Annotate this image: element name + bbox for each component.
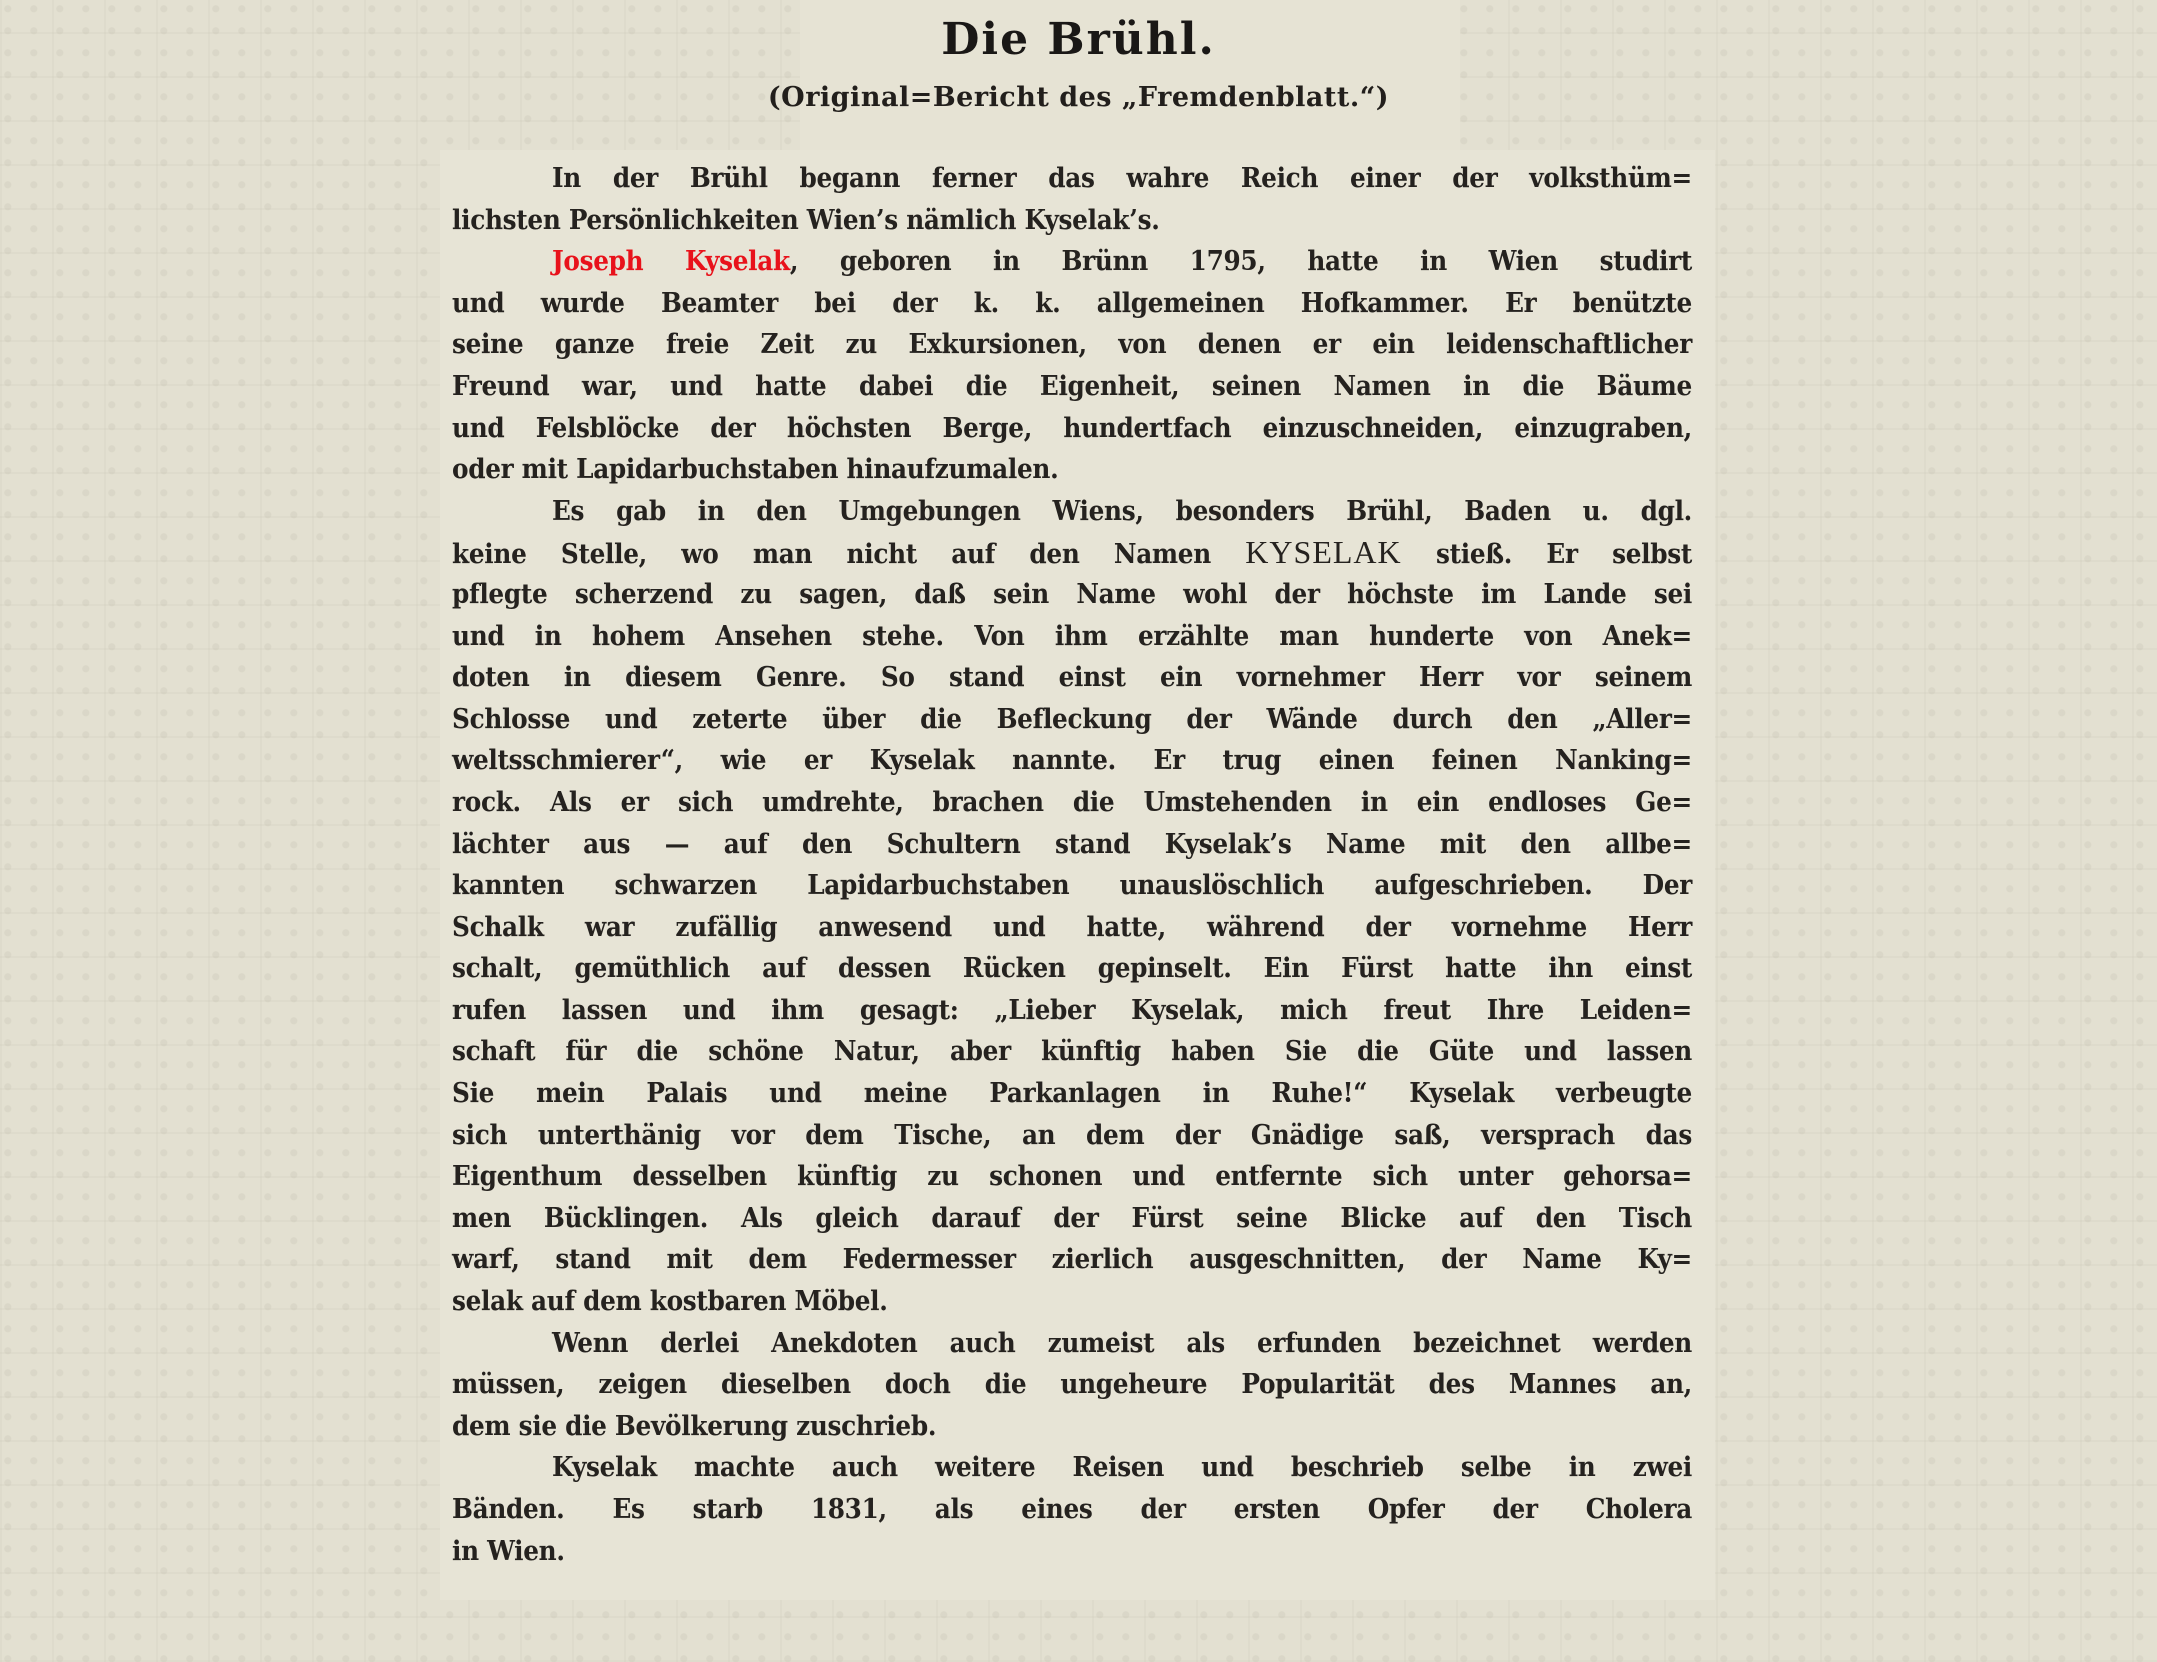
article-subtitle: (Original=Bericht des „Fremdenblatt.“) [0,82,2157,113]
text-line: in Wien. [452,1531,1692,1573]
text-line: seine ganze freie Zeit zu Exkursionen, v… [452,324,1692,366]
article-title: Die Brühl. [0,14,2157,65]
text-line: keine Stelle, wo man nicht auf den Namen… [452,532,1692,574]
text-line: Es gab in den Umgebungen Wiens, besonder… [452,491,1692,533]
text-line: Joseph Kyselak, geboren in Brünn 1795, h… [452,241,1692,283]
text-line: men Bücklingen. Als gleich darauf der Fü… [452,1198,1692,1240]
text-line: Wenn derlei Anekdoten auch zumeist als e… [452,1323,1692,1365]
article-body: In der Brühl begann ferner das wahre Rei… [452,158,1692,1572]
text-line: schaft für die schöne Natur, aber künfti… [452,1031,1692,1073]
text-fragment: , geboren in Brünn 1795, hatte in Wien s… [790,245,1692,277]
text-line: Freund war, und hatte dabei die Eigenhei… [452,366,1692,408]
text-line: selak auf dem kostbaren Möbel. [452,1281,1692,1323]
text-line: müssen, zeigen dieselben doch die ungehe… [452,1364,1692,1406]
text-line: doten in diesem Genre. So stand einst ei… [452,657,1692,699]
text-line: lächter aus — auf den Schultern stand Ky… [452,824,1692,866]
text-line: Schlosse und zeterte über die Befleckung… [452,699,1692,741]
text-line: Eigenthum desselben künftig zu schonen u… [452,1156,1692,1198]
text-line: Sie mein Palais und meine Parkanlagen in… [452,1073,1692,1115]
text-line: warf, stand mit dem Federmesser zierlich… [452,1239,1692,1281]
text-line: und wurde Beamter bei der k. k. allgemei… [452,283,1692,325]
text-line: Bänden. Es starb 1831, als eines der ers… [452,1489,1692,1531]
text-line: In der Brühl begann ferner das wahre Rei… [452,158,1692,200]
text-line: rock. Als er sich umdrehte, brachen die … [452,782,1692,824]
text-line: oder mit Lapidarbuchstaben hinaufzumalen… [452,449,1692,491]
text-line: und in hohem Ansehen stehe. Von ihm erzä… [452,616,1692,658]
text-line: lichsten Persönlichkeiten Wien’s nämlich… [452,200,1692,242]
highlighted-name: Joseph Kyselak [552,245,790,277]
text-line: dem sie die Bevölkerung zuschrieb. [452,1406,1692,1448]
text-fragment: stieß. Er selbst [1402,538,1692,570]
text-fragment: keine Stelle, wo man nicht auf den Namen [452,538,1245,570]
text-line: rufen lassen und ihm gesagt: „Lieber Kys… [452,990,1692,1032]
text-line: kannten schwarzen Lapidarbuchstaben unau… [452,865,1692,907]
text-line: weltsschmierer“, wie er Kyselak nannte. … [452,740,1692,782]
text-line: schalt, gemüthlich auf dessen Rücken gep… [452,948,1692,990]
text-line: Kyselak machte auch weitere Reisen und b… [452,1447,1692,1489]
text-line: sich unterthänig vor dem Tische, an dem … [452,1115,1692,1157]
roman-name: KYSELAK [1245,534,1401,570]
text-line: Schalk war zufällig anwesend und hatte, … [452,907,1692,949]
text-line: und Felsblöcke der höchsten Berge, hunde… [452,408,1692,450]
text-line: pflegte scherzend zu sagen, daß sein Nam… [452,574,1692,616]
